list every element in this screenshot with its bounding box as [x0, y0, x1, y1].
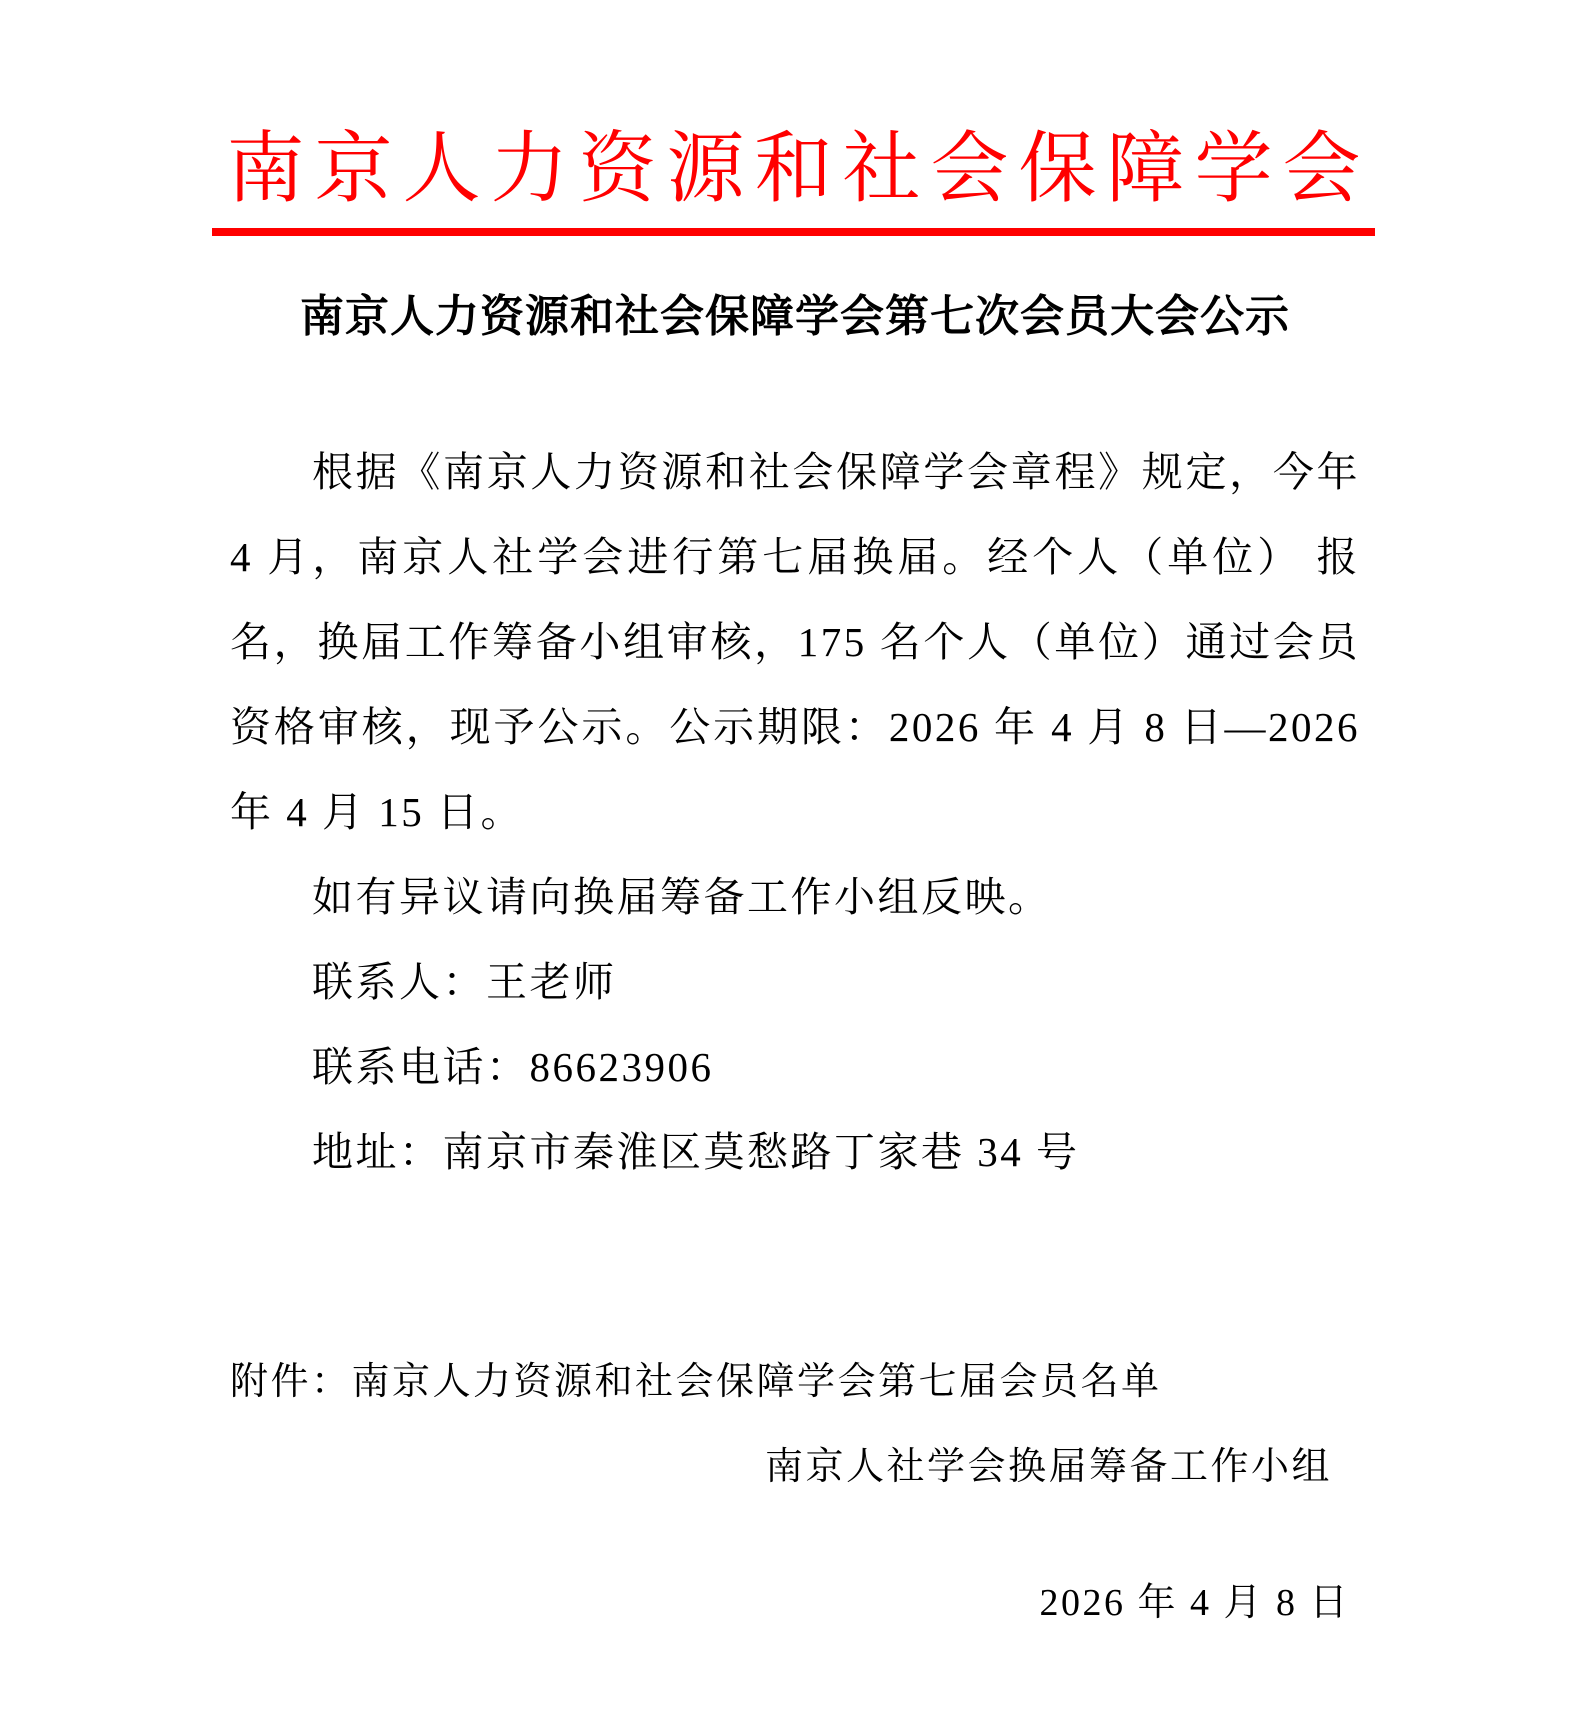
document-content: 南京人力资源和社会保障学会第七次会员大会公示 根据《南京人力资源和社会保障学会章…	[230, 288, 1360, 1646]
letterhead: 南京人力资源和社会保障学会	[0, 122, 1587, 236]
address-line: 地址：南京市秦淮区莫愁路丁家巷 34 号	[230, 1110, 1360, 1195]
signature-line: 南京人社学会换届筹备工作小组	[230, 1425, 1360, 1510]
contact-phone-line: 联系电话：86623906	[230, 1025, 1360, 1110]
contact-person-line: 联系人：王老师	[230, 940, 1360, 1025]
main-paragraph: 根据《南京人力资源和社会保障学会章程》规定，今年 4 月，南京人社学会进行第七届…	[230, 430, 1360, 855]
objection-line: 如有异议请向换届筹备工作小组反映。	[230, 855, 1360, 940]
attachment-line: 附件：南京人力资源和社会保障学会第七届会员名单	[230, 1340, 1360, 1425]
date-line: 2026 年 4 月 8 日	[230, 1561, 1360, 1646]
notice-title: 南京人力资源和社会保障学会第七次会员大会公示	[230, 288, 1360, 345]
document-page: 南京人力资源和社会保障学会 南京人力资源和社会保障学会第七次会员大会公示 根据《…	[0, 0, 1587, 1726]
org-title: 南京人力资源和社会保障学会	[212, 122, 1374, 236]
